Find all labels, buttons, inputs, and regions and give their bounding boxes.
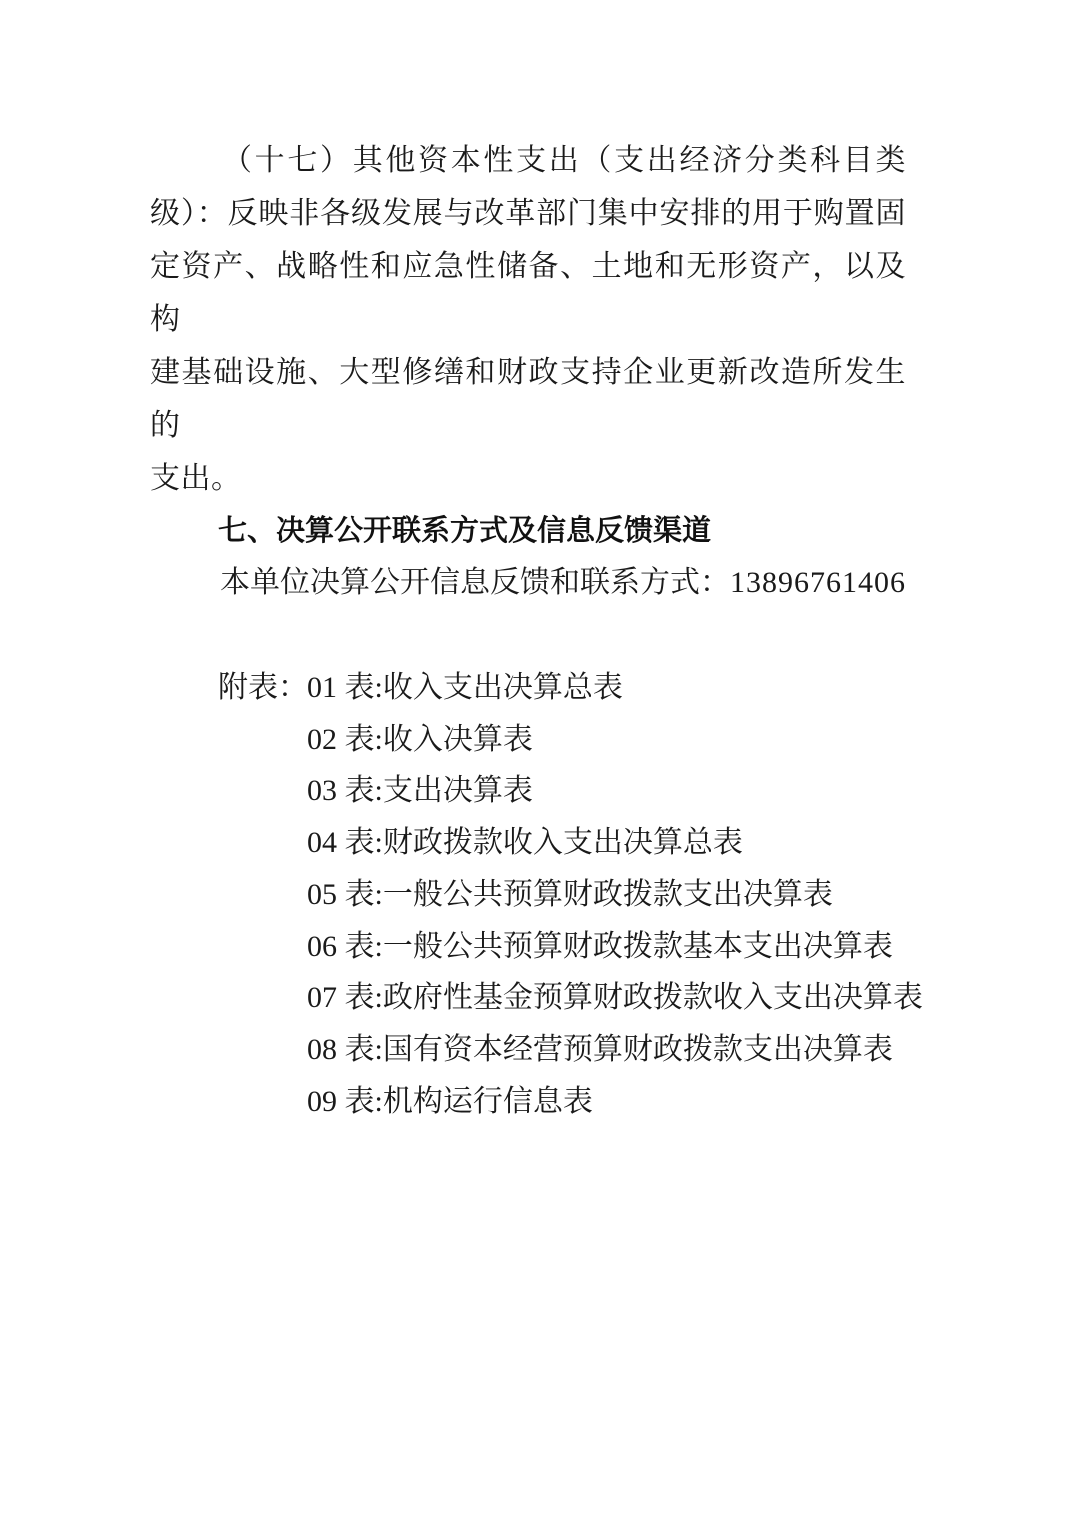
- attachment-item: 02 表:收入决算表: [307, 714, 906, 766]
- attachment-item: 07 表:政府性基金预算财政拨款收入支出决算表: [307, 972, 906, 1024]
- attachment-item: 09 表:机构运行信息表: [307, 1076, 906, 1128]
- attachment-item: 08 表:国有资本经营预算财政拨款支出决算表: [307, 1024, 906, 1076]
- document-page: （十七）其他资本性支出（支出经济分类科目类 级）：反映非各级发展与改革部门集中安…: [0, 0, 1074, 1520]
- paragraph-line: 定资产、战略性和应急性储备、土地和无形资产，以及构: [150, 240, 906, 346]
- attachments-list: 01 表:收入支出决算总表 02 表:收入决算表 03 表:支出决算表 04 表…: [307, 662, 906, 1127]
- attachment-item: 05 表:一般公共预算财政拨款支出决算表: [307, 869, 906, 921]
- section-heading: 七、决算公开联系方式及信息反馈渠道: [218, 505, 906, 557]
- attachments-label: 附表：: [218, 662, 308, 714]
- paragraph-line: 建基础设施、大型修缮和财政支持企业更新改造所发生的: [150, 346, 906, 452]
- attachments-block: 附表： 01 表:收入支出决算总表 02 表:收入决算表 03 表:支出决算表 …: [150, 662, 906, 1127]
- paragraph-line: （十七）其他资本性支出（支出经济分类科目类: [150, 134, 906, 187]
- attachment-item: 06 表:一般公共预算财政拨款基本支出决算表: [307, 921, 906, 973]
- expenditure-definition-paragraph: （十七）其他资本性支出（支出经济分类科目类 级）：反映非各级发展与改革部门集中安…: [150, 134, 906, 505]
- document-content: （十七）其他资本性支出（支出经济分类科目类 级）：反映非各级发展与改革部门集中安…: [150, 134, 906, 1127]
- contact-line: 本单位决算公开信息反馈和联系方式：13896761406: [220, 557, 906, 609]
- attachment-item: 01 表:收入支出决算总表: [307, 662, 906, 714]
- attachment-item: 04 表:财政拨款收入支出决算总表: [307, 817, 906, 869]
- contact-label: 本单位决算公开信息反馈和联系方式：: [220, 566, 730, 599]
- paragraph-line: 级）：反映非各级发展与改革部门集中安排的用于购置固: [150, 187, 906, 240]
- contact-phone-number: 13896761406: [730, 566, 906, 599]
- attachment-item: 03 表:支出决算表: [307, 765, 906, 817]
- paragraph-line: 支出。: [150, 452, 906, 505]
